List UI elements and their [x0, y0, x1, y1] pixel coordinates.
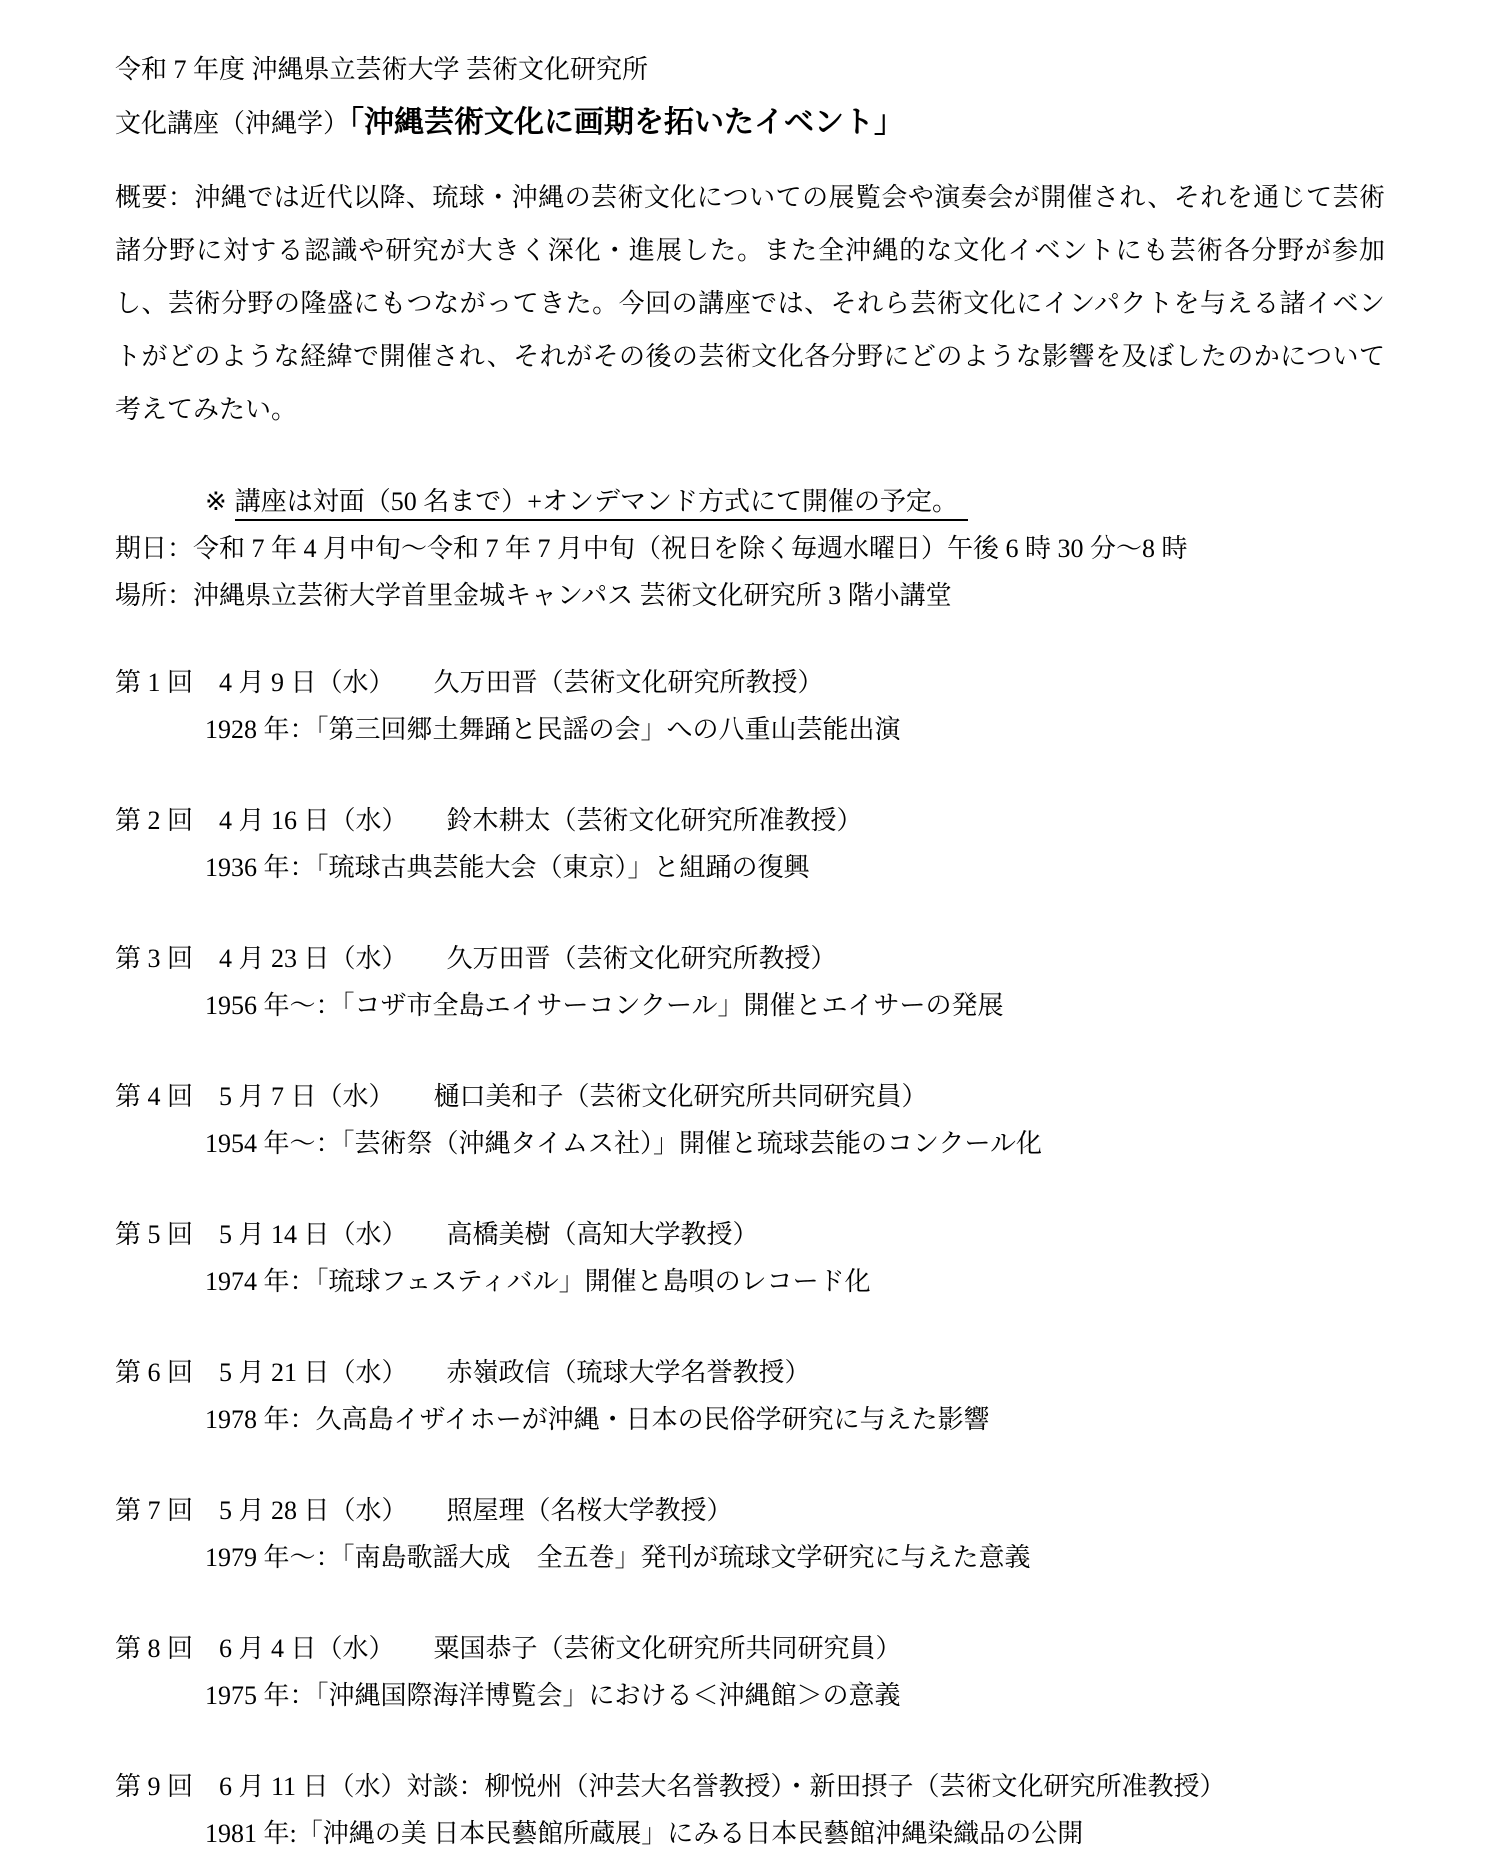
- session-item-3: 第 3 回 4 月 23 日（水） 久万田晋（芸術文化研究所教授） 1956 年…: [115, 935, 1385, 1029]
- session-detail: 1978 年：久高島イザイホーが沖縄・日本の民俗学研究に与えた影響: [115, 1396, 1385, 1443]
- session-item-7: 第 7 回 5 月 28 日（水） 照屋理（名桜大学教授） 1979 年～：「南…: [115, 1487, 1385, 1581]
- title-emphasis: 「沖縄芸術文化に画期を拓いたイベント」: [349, 106, 904, 139]
- page-title: 文化講座（沖縄学）「沖縄芸術文化に画期を拓いたイベント」: [115, 100, 1385, 147]
- title-prefix: 文化講座（沖縄学）: [115, 109, 349, 138]
- session-item-5: 第 5 回 5 月 14 日（水） 高橋美樹（高知大学教授） 1974 年：「琉…: [115, 1211, 1385, 1305]
- session-item-6: 第 6 回 5 月 21 日（水） 赤嶺政信（琉球大学名誉教授） 1978 年：…: [115, 1349, 1385, 1443]
- note-line: ※講座は対面（50 名まで）+オンデマンド方式にて開催の予定。: [115, 478, 1385, 525]
- session-detail: 1936 年：「琉球古典芸能大会（東京）」と組踊の復興: [115, 844, 1385, 891]
- session-detail: 1981 年:「沖縄の美 日本民藝館所蔵展」にみる日本民藝館沖縄染織品の公開: [115, 1810, 1385, 1857]
- session-detail: 1956 年～：「コザ市全島エイサーコンクール」開催とエイサーの発展: [115, 982, 1385, 1029]
- org-line: 令和 7 年度 沖縄県立芸術大学 芸術文化研究所: [115, 52, 1385, 88]
- schedule-line: 期日：令和 7 年 4 月中旬～令和 7 年 7 月中旬（祝日を除く毎週水曜日）…: [115, 525, 1385, 572]
- session-item-9: 第 9 回 6 月 11 日（水）対談：柳悦州（沖芸大名誉教授）・新田摂子（芸術…: [115, 1763, 1385, 1857]
- session-detail: 1928 年：「第三回郷土舞踊と民謡の会」への八重山芸能出演: [115, 706, 1385, 753]
- note-marker: ※: [205, 487, 227, 516]
- session-header: 第 5 回 5 月 14 日（水） 高橋美樹（高知大学教授）: [115, 1211, 1385, 1258]
- session-detail: 1975 年：「沖縄国際海洋博覧会」における＜沖縄館＞の意義: [115, 1672, 1385, 1719]
- session-header: 第 6 回 5 月 21 日（水） 赤嶺政信（琉球大学名誉教授）: [115, 1349, 1385, 1396]
- session-header: 第 1 回 4 月 9 日（水） 久万田晋（芸術文化研究所教授）: [115, 659, 1385, 706]
- session-header: 第 9 回 6 月 11 日（水）対談：柳悦州（沖芸大名誉教授）・新田摂子（芸術…: [115, 1763, 1385, 1810]
- session-item-8: 第 8 回 6 月 4 日（水） 粟国恭子（芸術文化研究所共同研究員） 1975…: [115, 1625, 1385, 1719]
- overview-paragraph: 概要：沖縄では近代以降、琉球・沖縄の芸術文化についての展覧会や演奏会が開催され、…: [115, 171, 1385, 436]
- session-detail: 1974 年：「琉球フェスティバル」開催と島唄のレコード化: [115, 1258, 1385, 1305]
- document-page: 令和 7 年度 沖縄県立芸術大学 芸術文化研究所 文化講座（沖縄学）「沖縄芸術文…: [0, 0, 1500, 1876]
- session-header: 第 7 回 5 月 28 日（水） 照屋理（名桜大学教授）: [115, 1487, 1385, 1534]
- session-item-4: 第 4 回 5 月 7 日（水） 樋口美和子（芸術文化研究所共同研究員） 195…: [115, 1073, 1385, 1167]
- session-list: 第 1 回 4 月 9 日（水） 久万田晋（芸術文化研究所教授） 1928 年：…: [115, 659, 1385, 1857]
- session-detail: 1954 年～：「芸術祭（沖縄タイムス社）」開催と琉球芸能のコンクール化: [115, 1120, 1385, 1167]
- session-item-2: 第 2 回 4 月 16 日（水） 鈴木耕太（芸術文化研究所准教授） 1936 …: [115, 797, 1385, 891]
- session-item-1: 第 1 回 4 月 9 日（水） 久万田晋（芸術文化研究所教授） 1928 年：…: [115, 659, 1385, 753]
- session-header: 第 2 回 4 月 16 日（水） 鈴木耕太（芸術文化研究所准教授）: [115, 797, 1385, 844]
- session-detail: 1979 年～：「南島歌謡大成 全五巻」発刊が琉球文学研究に与えた意義: [115, 1534, 1385, 1581]
- note-text: 講座は対面（50 名まで）+オンデマンド方式にて開催の予定。: [235, 487, 968, 521]
- session-header: 第 8 回 6 月 4 日（水） 粟国恭子（芸術文化研究所共同研究員）: [115, 1625, 1385, 1672]
- session-header: 第 4 回 5 月 7 日（水） 樋口美和子（芸術文化研究所共同研究員）: [115, 1073, 1385, 1120]
- session-header: 第 3 回 4 月 23 日（水） 久万田晋（芸術文化研究所教授）: [115, 935, 1385, 982]
- location-line: 場所：沖縄県立芸術大学首里金城キャンパス 芸術文化研究所 3 階小講堂: [115, 572, 1385, 619]
